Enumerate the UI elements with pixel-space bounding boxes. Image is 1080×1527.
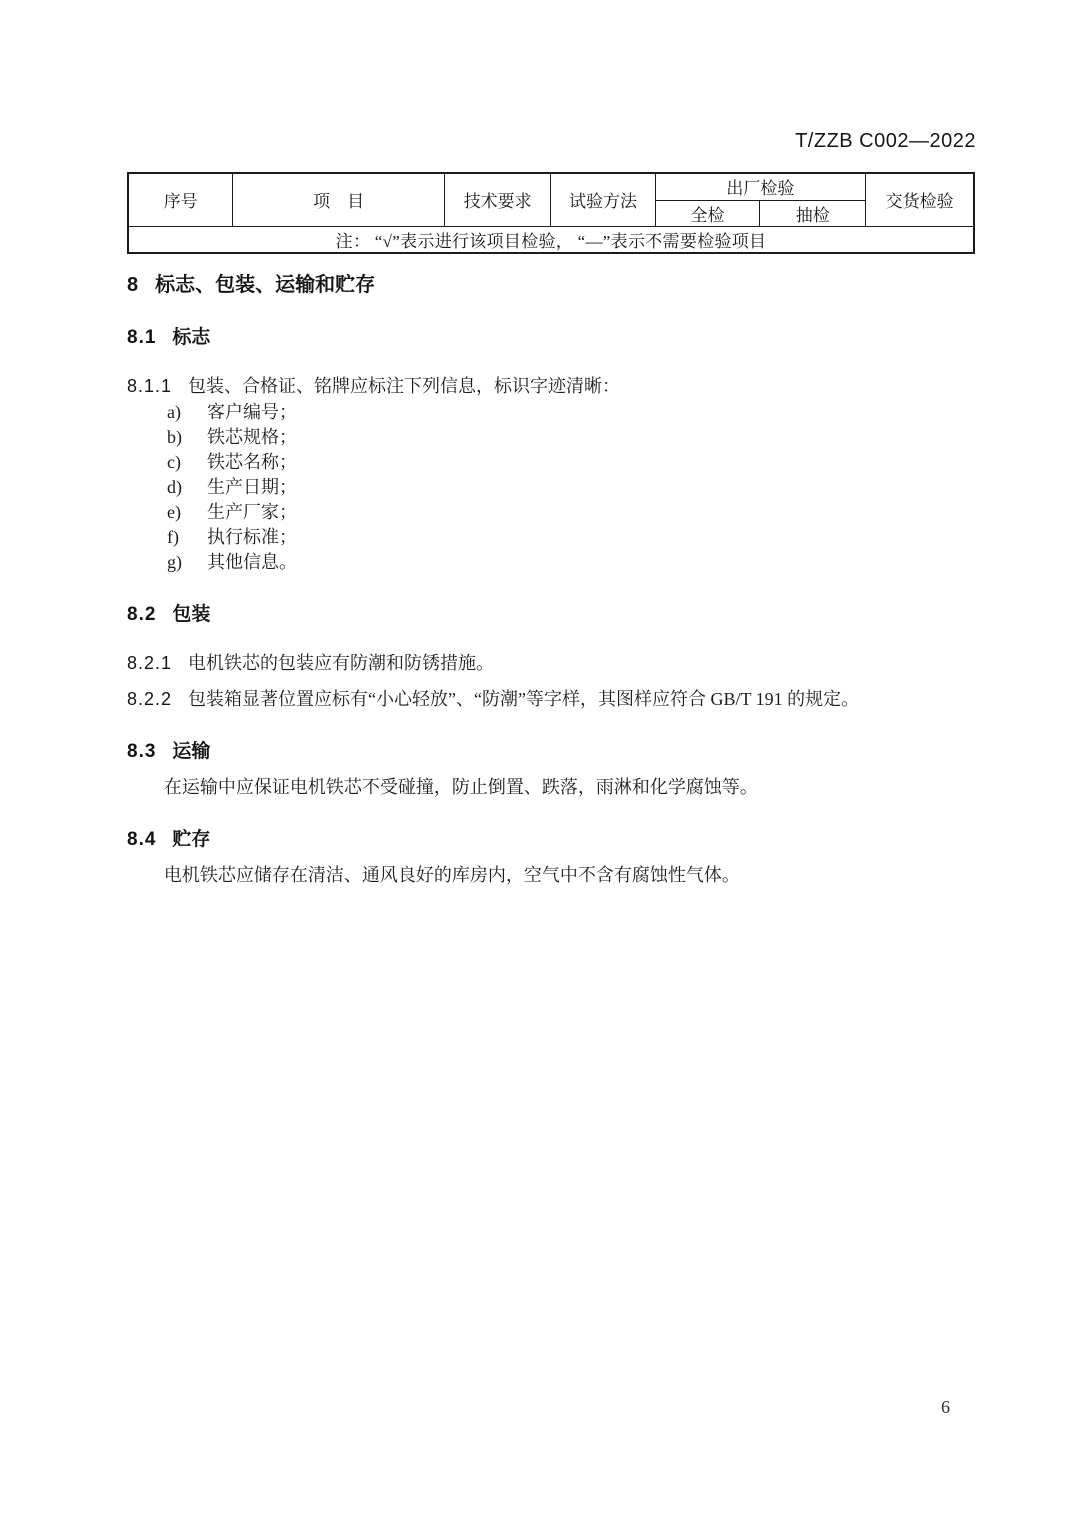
clause-8-1-1-text: 包装、合格证、铭牌应标注下列信息，标识字迹清晰： [188,376,620,396]
section-8-2-heading: 8.2包装 [127,602,975,627]
list-item: f)执行标准； [167,525,975,550]
paragraph-8-3: 在运输中应保证电机铁芯不受碰撞，防止倒置、跌落，雨淋和化学腐蚀等。 [127,775,975,800]
section-8-1-title: 标志 [172,327,210,348]
section-8-3-number: 8.3 [127,739,156,764]
list-item-text: 生产厂家； [207,502,297,522]
col-header-item: 项 目 [233,173,445,226]
list-item: g)其他信息。 [167,550,975,575]
list-item: a)客户编号； [167,400,975,425]
list-item-label: g) [167,550,207,575]
list-item-text: 铁芯规格； [207,427,297,447]
document-page: T/ZZB C002—2022 序号 项 目 技术要求 试验方法 出厂检验 交货… [0,0,1080,1527]
list-item-text: 其他信息。 [207,552,297,572]
col-header-serial: 序号 [128,173,233,226]
section-8-title: 标志、包装、运输和贮存 [155,274,375,296]
section-8-3-heading: 8.3运输 [127,739,975,764]
paragraph-8-4: 电机铁芯应储存在清洁、通风良好的库房内，空气中不含有腐蚀性气体。 [127,863,975,888]
list-item-label: c) [167,450,207,475]
clause-8-2-1: 8.2.1电机铁芯的包装应有防潮和防锈措施。 [127,651,975,676]
section-8-number: 8 [127,273,139,298]
list-item-label: b) [167,425,207,450]
col-header-test-method: 试验方法 [551,173,655,226]
standard-code: T/ZZB C002—2022 [795,130,976,153]
page-number: 6 [941,1397,950,1418]
list-item-label: e) [167,500,207,525]
list-item-label: d) [167,475,207,500]
list-item: e)生产厂家； [167,500,975,525]
section-8-4-heading: 8.4贮存 [127,827,975,852]
col-header-sample-inspection: 抽检 [760,200,866,226]
list-item-text: 客户编号； [207,402,297,422]
inspection-table-wrap: 序号 项 目 技术要求 试验方法 出厂检验 交货检验 全检 抽检 注： “√”表… [127,172,975,254]
clause-8-1-1: 8.1.1包装、合格证、铭牌应标注下列信息，标识字迹清晰： [127,374,975,399]
clause-8-2-2-number: 8.2.2 [127,687,172,712]
list-item-label: a) [167,400,207,425]
document-body: 8标志、包装、运输和贮存 8.1标志 8.1.1包装、合格证、铭牌应标注下列信息… [127,247,975,888]
clause-8-2-1-number: 8.2.1 [127,651,172,676]
col-header-delivery-inspection: 交货检验 [866,173,974,226]
marking-info-list: a)客户编号； b)铁芯规格； c)铁芯名称； d)生产日期； e)生产厂家； … [167,400,975,575]
list-item-text: 生产日期； [207,477,297,497]
clause-8-1-1-number: 8.1.1 [127,374,172,399]
list-item: c)铁芯名称； [167,450,975,475]
inspection-table: 序号 项 目 技术要求 试验方法 出厂检验 交货检验 全检 抽检 注： “√”表… [127,172,975,254]
table-header-row-1: 序号 项 目 技术要求 试验方法 出厂检验 交货检验 [128,173,974,200]
col-header-full-inspection: 全检 [655,200,760,226]
section-8-4-title: 贮存 [172,829,210,850]
section-8-3-title: 运输 [172,741,210,762]
section-8-2-title: 包装 [172,604,210,625]
section-8-1-heading: 8.1标志 [127,325,975,350]
section-8-2-number: 8.2 [127,602,156,627]
clause-8-2-2-text: 包装箱显著位置应标有“小心轻放”、“防潮”等字样，其图样应符合 GB/T 191… [188,689,859,709]
clause-8-2-2: 8.2.2包装箱显著位置应标有“小心轻放”、“防潮”等字样，其图样应符合 GB/… [127,687,975,712]
section-8-heading: 8标志、包装、运输和贮存 [127,273,975,298]
list-item: b)铁芯规格； [167,425,975,450]
col-header-factory-inspection: 出厂检验 [655,173,866,200]
section-8-1-number: 8.1 [127,325,156,350]
clause-8-2-1-text: 电机铁芯的包装应有防潮和防锈措施。 [188,653,494,673]
list-item-text: 执行标准； [207,527,297,547]
list-item-label: f) [167,525,207,550]
col-header-tech-req: 技术要求 [444,173,551,226]
list-item-text: 铁芯名称； [207,452,297,472]
section-8-4-number: 8.4 [127,827,156,852]
list-item: d)生产日期； [167,475,975,500]
